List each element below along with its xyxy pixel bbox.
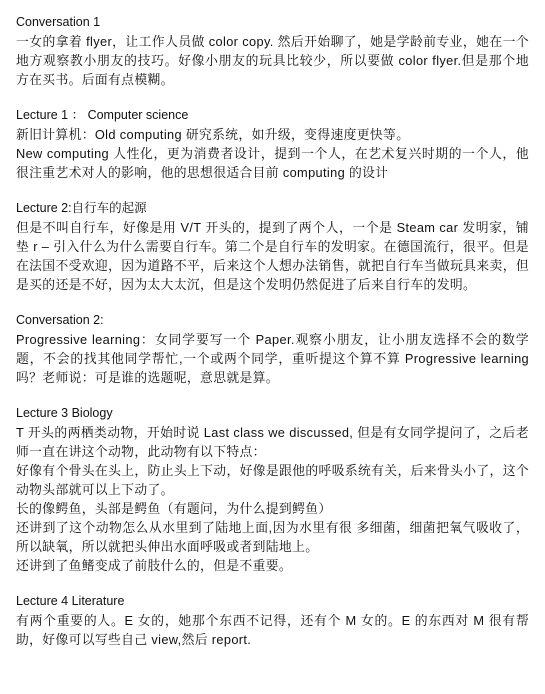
- paragraph: Progressive learning：女同学要写一个 Paper.观察小朋友…: [16, 330, 529, 387]
- section-lecture-2: Lecture 2:自行车的起源 但是不叫自行车，好像是用 V/T 开头的，提到…: [16, 199, 529, 294]
- section-heading: Conversation 2:: [16, 311, 529, 330]
- section-lecture-4: Lecture 4 Literature 有两个重要的人。E 女的，她那个东西不…: [16, 592, 529, 649]
- section-lecture-1: Lecture 1 ： Computer science 新旧计算机：Old c…: [16, 106, 529, 182]
- paragraph: 还讲到了鱼鳍变成了前肢什么的，但是不重要。: [16, 556, 529, 575]
- paragraph: 新旧计算机：Old computing 研究系统，如升级，变得速度更快等。: [16, 125, 529, 144]
- paragraph: 一女的拿着 flyer，让工作人员做 color copy. 然后开始聊了，她是…: [16, 32, 529, 89]
- paragraph: 长的像鳄鱼，头部是鳄鱼（有题问，为什么提到鳄鱼）: [16, 499, 529, 518]
- section-heading: Lecture 4 Literature: [16, 592, 529, 611]
- section-heading: Lecture 3 Biology: [16, 404, 529, 423]
- paragraph: T 开头的两栖类动物，开始时说 Last class we discussed,…: [16, 423, 529, 461]
- paragraph: 有两个重要的人。E 女的，她那个东西不记得，还有个 M 女的。E 的东西对 M …: [16, 611, 529, 649]
- section-lecture-3: Lecture 3 Biology T 开头的两栖类动物，开始时说 Last c…: [16, 404, 529, 575]
- section-conversation-1: Conversation 1 一女的拿着 flyer，让工作人员做 color …: [16, 13, 529, 89]
- paragraph: 还讲到了这个动物怎么从水里到了陆地上面,因为水里有很 多细菌，细菌把氧气吸收了，…: [16, 518, 529, 556]
- section-heading: Lecture 1 ： Computer science: [16, 106, 529, 125]
- paragraph: 但是不叫自行车，好像是用 V/T 开头的，提到了两个人，一个是 Steam ca…: [16, 218, 529, 294]
- document-body: Conversation 1 一女的拿着 flyer，让工作人员做 color …: [0, 0, 545, 649]
- section-heading: Lecture 2:自行车的起源: [16, 199, 529, 218]
- section-conversation-2: Conversation 2: Progressive learning：女同学…: [16, 311, 529, 387]
- paragraph: 好像有个骨头在头上，防止头上下动，好像是跟他的呼吸系统有关，后来骨头小了，这个动…: [16, 461, 529, 499]
- section-heading: Conversation 1: [16, 13, 529, 32]
- paragraph: New computing 人性化，更为消费者设计，提到一个人，在艺术复兴时期的…: [16, 144, 529, 182]
